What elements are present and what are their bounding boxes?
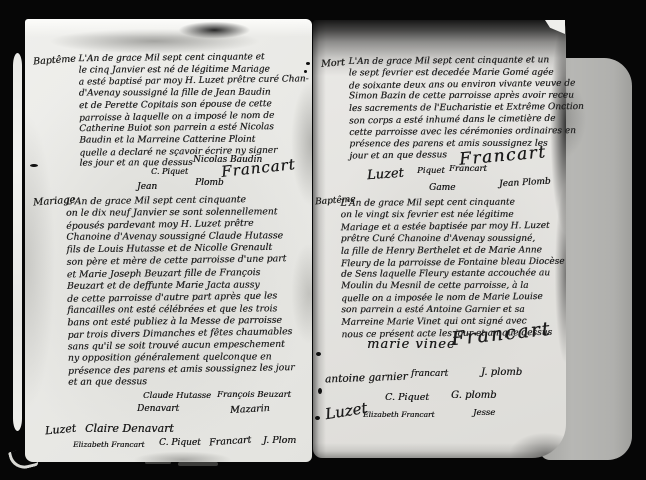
signature-francart: Francart: [449, 164, 487, 174]
signature-j-plomb: J. plomb: [481, 367, 522, 378]
handwritten-line: Mariage et a estée baptisée par moy H. L…: [341, 221, 565, 235]
signature-denavart: Denavart: [137, 404, 179, 414]
margin-label-bapteme: Baptême: [33, 54, 76, 68]
signature-jean: Jean: [137, 182, 157, 192]
handwritten-line: prêtre Curé Chanoine d'Avenay soussigné,: [341, 234, 565, 246]
handwritten-line: Chanoine d'Avenay soussigné Claude Hutas…: [66, 230, 293, 244]
handwritten-line: fiancailles ont esté célébrées et que le…: [67, 303, 294, 317]
left-page: Baptême L'An de grace Mil sept cent cinq…: [25, 19, 312, 462]
ink-blot: [30, 164, 38, 167]
signature-g-plomb: G. plomb: [451, 390, 497, 401]
signature-j-plom: J. Plom: [263, 435, 296, 446]
signature-luzet-flourish: Luzet: [324, 399, 369, 423]
ink-blot: [304, 70, 307, 73]
signature-elizabeth-francart: Elizabeth Francart: [73, 440, 145, 449]
right-page: Mort L'An de grace Mil sept cent cinquan…: [313, 20, 566, 458]
signature-marie-vinee: marie vinee: [367, 337, 456, 352]
signature-plomb: Plomb: [195, 178, 224, 188]
signature-francart: francart: [411, 369, 448, 379]
death-record-text: L'An de grace Mil sept cent cinquante et…: [349, 55, 585, 163]
left-page-edge-sliver: [13, 53, 22, 431]
signature-elizabeth-francart: Elizabeth Francart: [363, 410, 435, 419]
signature-luzet: Luzet: [367, 166, 405, 184]
signature-c-piquet: C. Piquet: [385, 392, 429, 403]
signature-luzet: Luzet: [44, 422, 76, 438]
ink-blot: [315, 416, 320, 420]
signature-game: Game: [429, 183, 455, 193]
signature-jesse: Jesse: [473, 408, 495, 418]
signature-mazarin: Mazarin: [230, 403, 270, 416]
ink-blot: [306, 62, 310, 65]
signature-piquet: Piquet: [417, 166, 445, 176]
signature-claire-denavart: Claire Denavart: [85, 422, 174, 435]
signature-piquet: C. Piquet: [151, 167, 188, 176]
scanned-parish-register-photo: Baptême L'An de grace Mil sept cent cinq…: [0, 0, 646, 480]
ink-blot: [316, 352, 321, 356]
baptism-record-text: L'An de grace Mil sept cent cinquante et…: [78, 52, 305, 171]
handwritten-line: Simon Bazin de cette parroisse après avo…: [349, 91, 584, 104]
signature-francart: Francart: [209, 435, 252, 449]
signature-c-piquet: C. Piquet: [159, 438, 201, 448]
handwritten-line: et an que dessus: [68, 376, 295, 390]
marriage-record-text: L'An de grace Mil sept cent cinquanteon …: [66, 194, 295, 390]
margin-label-mort: Mort: [321, 57, 346, 70]
handwritten-line: L'An de grace Mil sept cent cinquante: [341, 197, 565, 210]
handwritten-line: d'Avenay soussigné la fille de Jean Baud…: [79, 88, 305, 101]
signature-claude-hutasse: Claude Hutasse: [143, 391, 211, 401]
handwritten-line: son parrein a esté Antoine Garnier et sa: [341, 305, 565, 317]
smudge-mark: [178, 462, 218, 466]
ink-blot: [318, 388, 322, 394]
handwritten-line: Fleury de la parroisse de Fontaine bleau…: [341, 256, 565, 270]
signature-antoine-garnier: antoine garnier: [325, 371, 408, 386]
signature-francois-beuzart: François Beuzart: [217, 390, 291, 400]
signature-jean-plomb: Jean Plomb: [499, 177, 551, 190]
